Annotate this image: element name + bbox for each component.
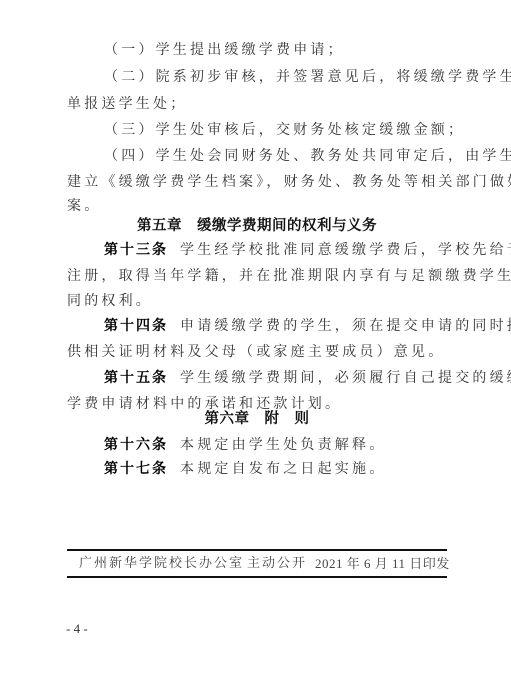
text-line: （四）学生处会同财务处、教务处共同审定后，由学生处 [104, 147, 447, 165]
document-page: （一）学生提出缓缴学费申请； （二）院系初步审核，并签署意见后，将缓缴学费学生名… [0, 0, 511, 674]
article-label: 第十七条 [104, 461, 168, 477]
article-text: 本规定自发布之日起实施。 [180, 461, 386, 477]
text-line: 单报送学生处； [67, 95, 447, 113]
article-15: 第十五条学生缓缴学费期间，必须履行自己提交的缓缴 [104, 369, 447, 387]
text-line: （三）学生处审核后，交财务处核定缓缴金额； [104, 121, 447, 139]
article-label: 第十六条 [104, 437, 168, 453]
article-17: 第十七条本规定自发布之日起实施。 [104, 460, 447, 478]
page-number: - 4 - [66, 621, 88, 637]
disclosure: 主动公开 [247, 555, 307, 573]
text-line: 同的权利。 [67, 292, 447, 310]
article-13: 第十三条学生经学校批准同意缓缴学费后，学校先给予 [104, 241, 447, 259]
text-line: 案。 [67, 197, 447, 215]
article-text: 学生缓缴学费期间，必须履行自己提交的缓缴 [180, 370, 511, 386]
chapter-5-title: 第五章 缓缴学费期间的权利与义务 [67, 217, 447, 235]
article-14: 第十四条申请缓缴学费的学生，须在提交申请的同时提 [104, 317, 447, 335]
article-text: 申请缓缴学费的学生，须在提交申请的同时提 [180, 318, 511, 334]
chapter-6-title: 第六章 附 则 [67, 410, 447, 428]
footer-top-rule [67, 549, 447, 551]
article-16: 第十六条本规定由学生处负责解释。 [104, 436, 447, 454]
article-label: 第十四条 [104, 318, 168, 334]
text-line: 建立《缓缴学费学生档案》，财务处、教务处等相关部门做好备 [67, 173, 447, 191]
text-line: （二）院系初步审核，并签署意见后，将缓缴学费学生名 [104, 68, 447, 86]
issuer: 广州新华学院校长办公室 [79, 555, 244, 573]
article-label: 第十三条 [104, 242, 168, 258]
article-text: 本规定由学生处负责解释。 [180, 437, 386, 453]
footer-bottom-rule [67, 576, 447, 578]
footer-info: 广州新华学院校长办公室 主动公开 2021 年 6 月 11 日印发 [67, 555, 447, 573]
article-text: 学生经学校批准同意缓缴学费后，学校先给予 [180, 242, 511, 258]
text-line: 注册，取得当年学籍，并在批准期限内享有与足额缴费学生相 [67, 267, 447, 285]
text-line: （一）学生提出缓缴学费申请； [104, 41, 447, 59]
article-label: 第十五条 [104, 370, 168, 386]
text-line: 供相关证明材料及父母（或家庭主要成员）意见。 [67, 343, 447, 361]
issue-date: 2021 年 6 月 11 日印发 [315, 555, 450, 573]
